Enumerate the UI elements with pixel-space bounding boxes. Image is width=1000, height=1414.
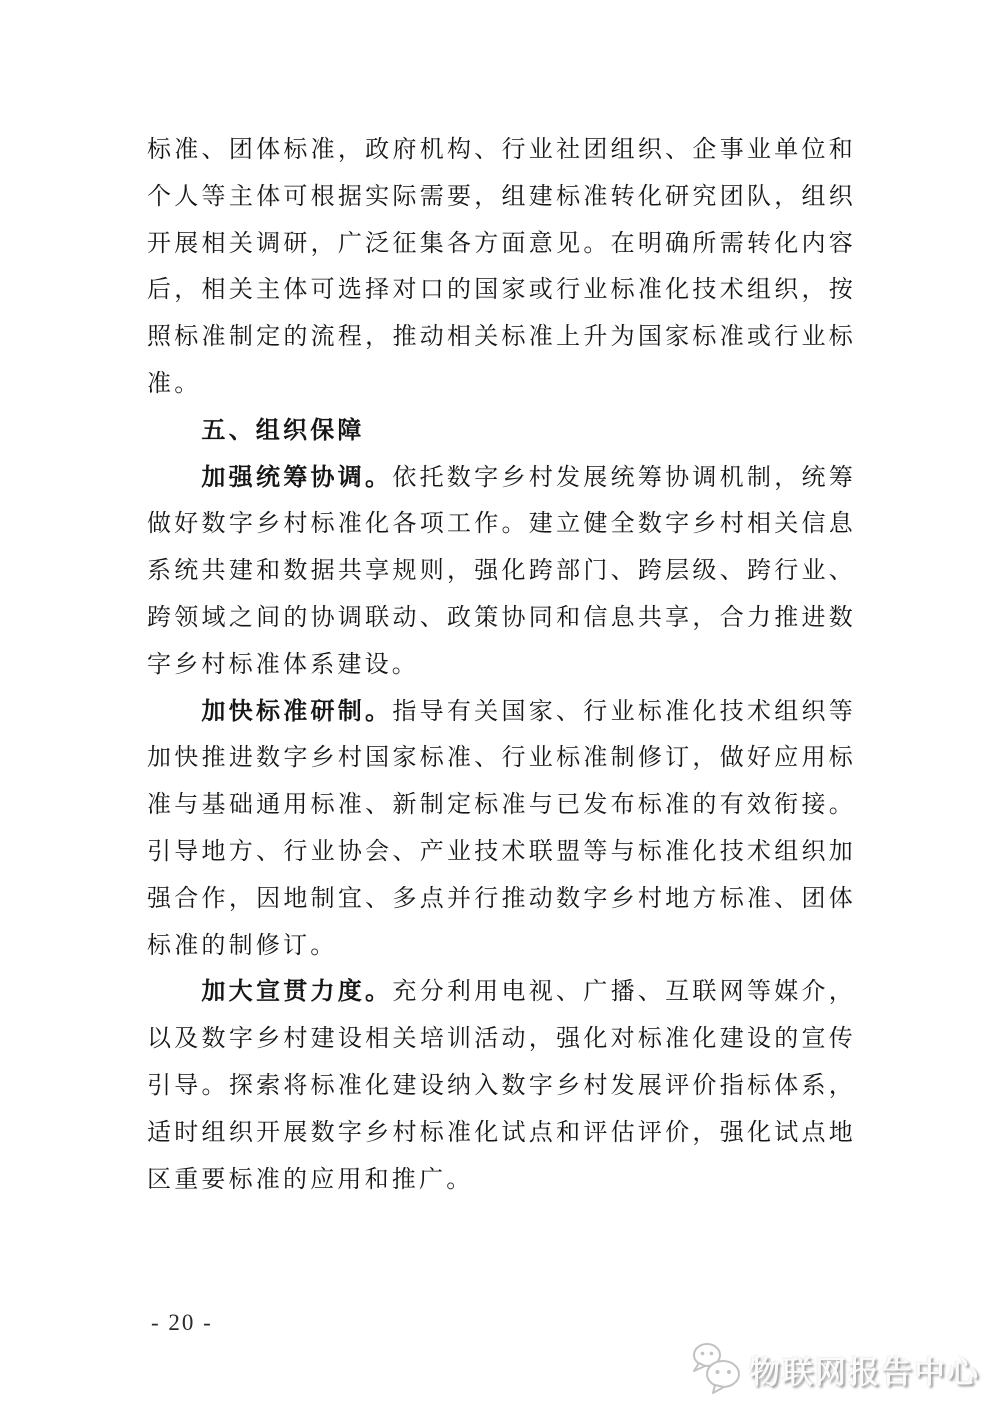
paragraph-lead: 加强统筹协调。 (201, 465, 392, 491)
wechat-icon (690, 1340, 742, 1399)
paragraph-lead: 加快标准研制。 (201, 699, 392, 725)
paragraph-text: 依托数字乡村发展统筹协调机制，统筹做好数字乡村标准化各项工作。建立健全数字乡村相… (147, 465, 856, 678)
paragraph-continuation: 标准、团体标准，政府机构、行业社团组织、企事业单位和个人等主体可根据实际需要，组… (147, 127, 856, 408)
watermark: 物联网报告中心 (690, 1340, 980, 1399)
section-heading: 五、组织保障 (147, 408, 856, 455)
paragraph-text: 指导有关国家、行业标准化技术组织等加快推进数字乡村国家标准、行业标准制修订，做好… (147, 699, 856, 959)
paragraph-text: 充分利用电视、广播、互联网等媒介，以及数字乡村建设相关培训活动，强化对标准化建设… (147, 979, 856, 1192)
document-body: 标准、团体标准，政府机构、行业社团组织、企事业单位和个人等主体可根据实际需要，组… (147, 127, 856, 1203)
paragraph: 加快标准研制。指导有关国家、行业标准化技术组织等加快推进数字乡村国家标准、行业标… (147, 689, 856, 970)
document-page: 标准、团体标准，政府机构、行业社团组织、企事业单位和个人等主体可根据实际需要，组… (0, 0, 1000, 1414)
page-number: - 20 - (151, 1310, 213, 1336)
watermark-label: 物联网报告中心 (749, 1347, 980, 1392)
paragraph: 加强统筹协调。依托数字乡村发展统筹协调机制，统筹做好数字乡村标准化各项工作。建立… (147, 455, 856, 689)
paragraph: 加大宣贯力度。充分利用电视、广播、互联网等媒介，以及数字乡村建设相关培训活动，强… (147, 969, 856, 1203)
paragraph-lead: 加大宣贯力度。 (201, 979, 392, 1005)
